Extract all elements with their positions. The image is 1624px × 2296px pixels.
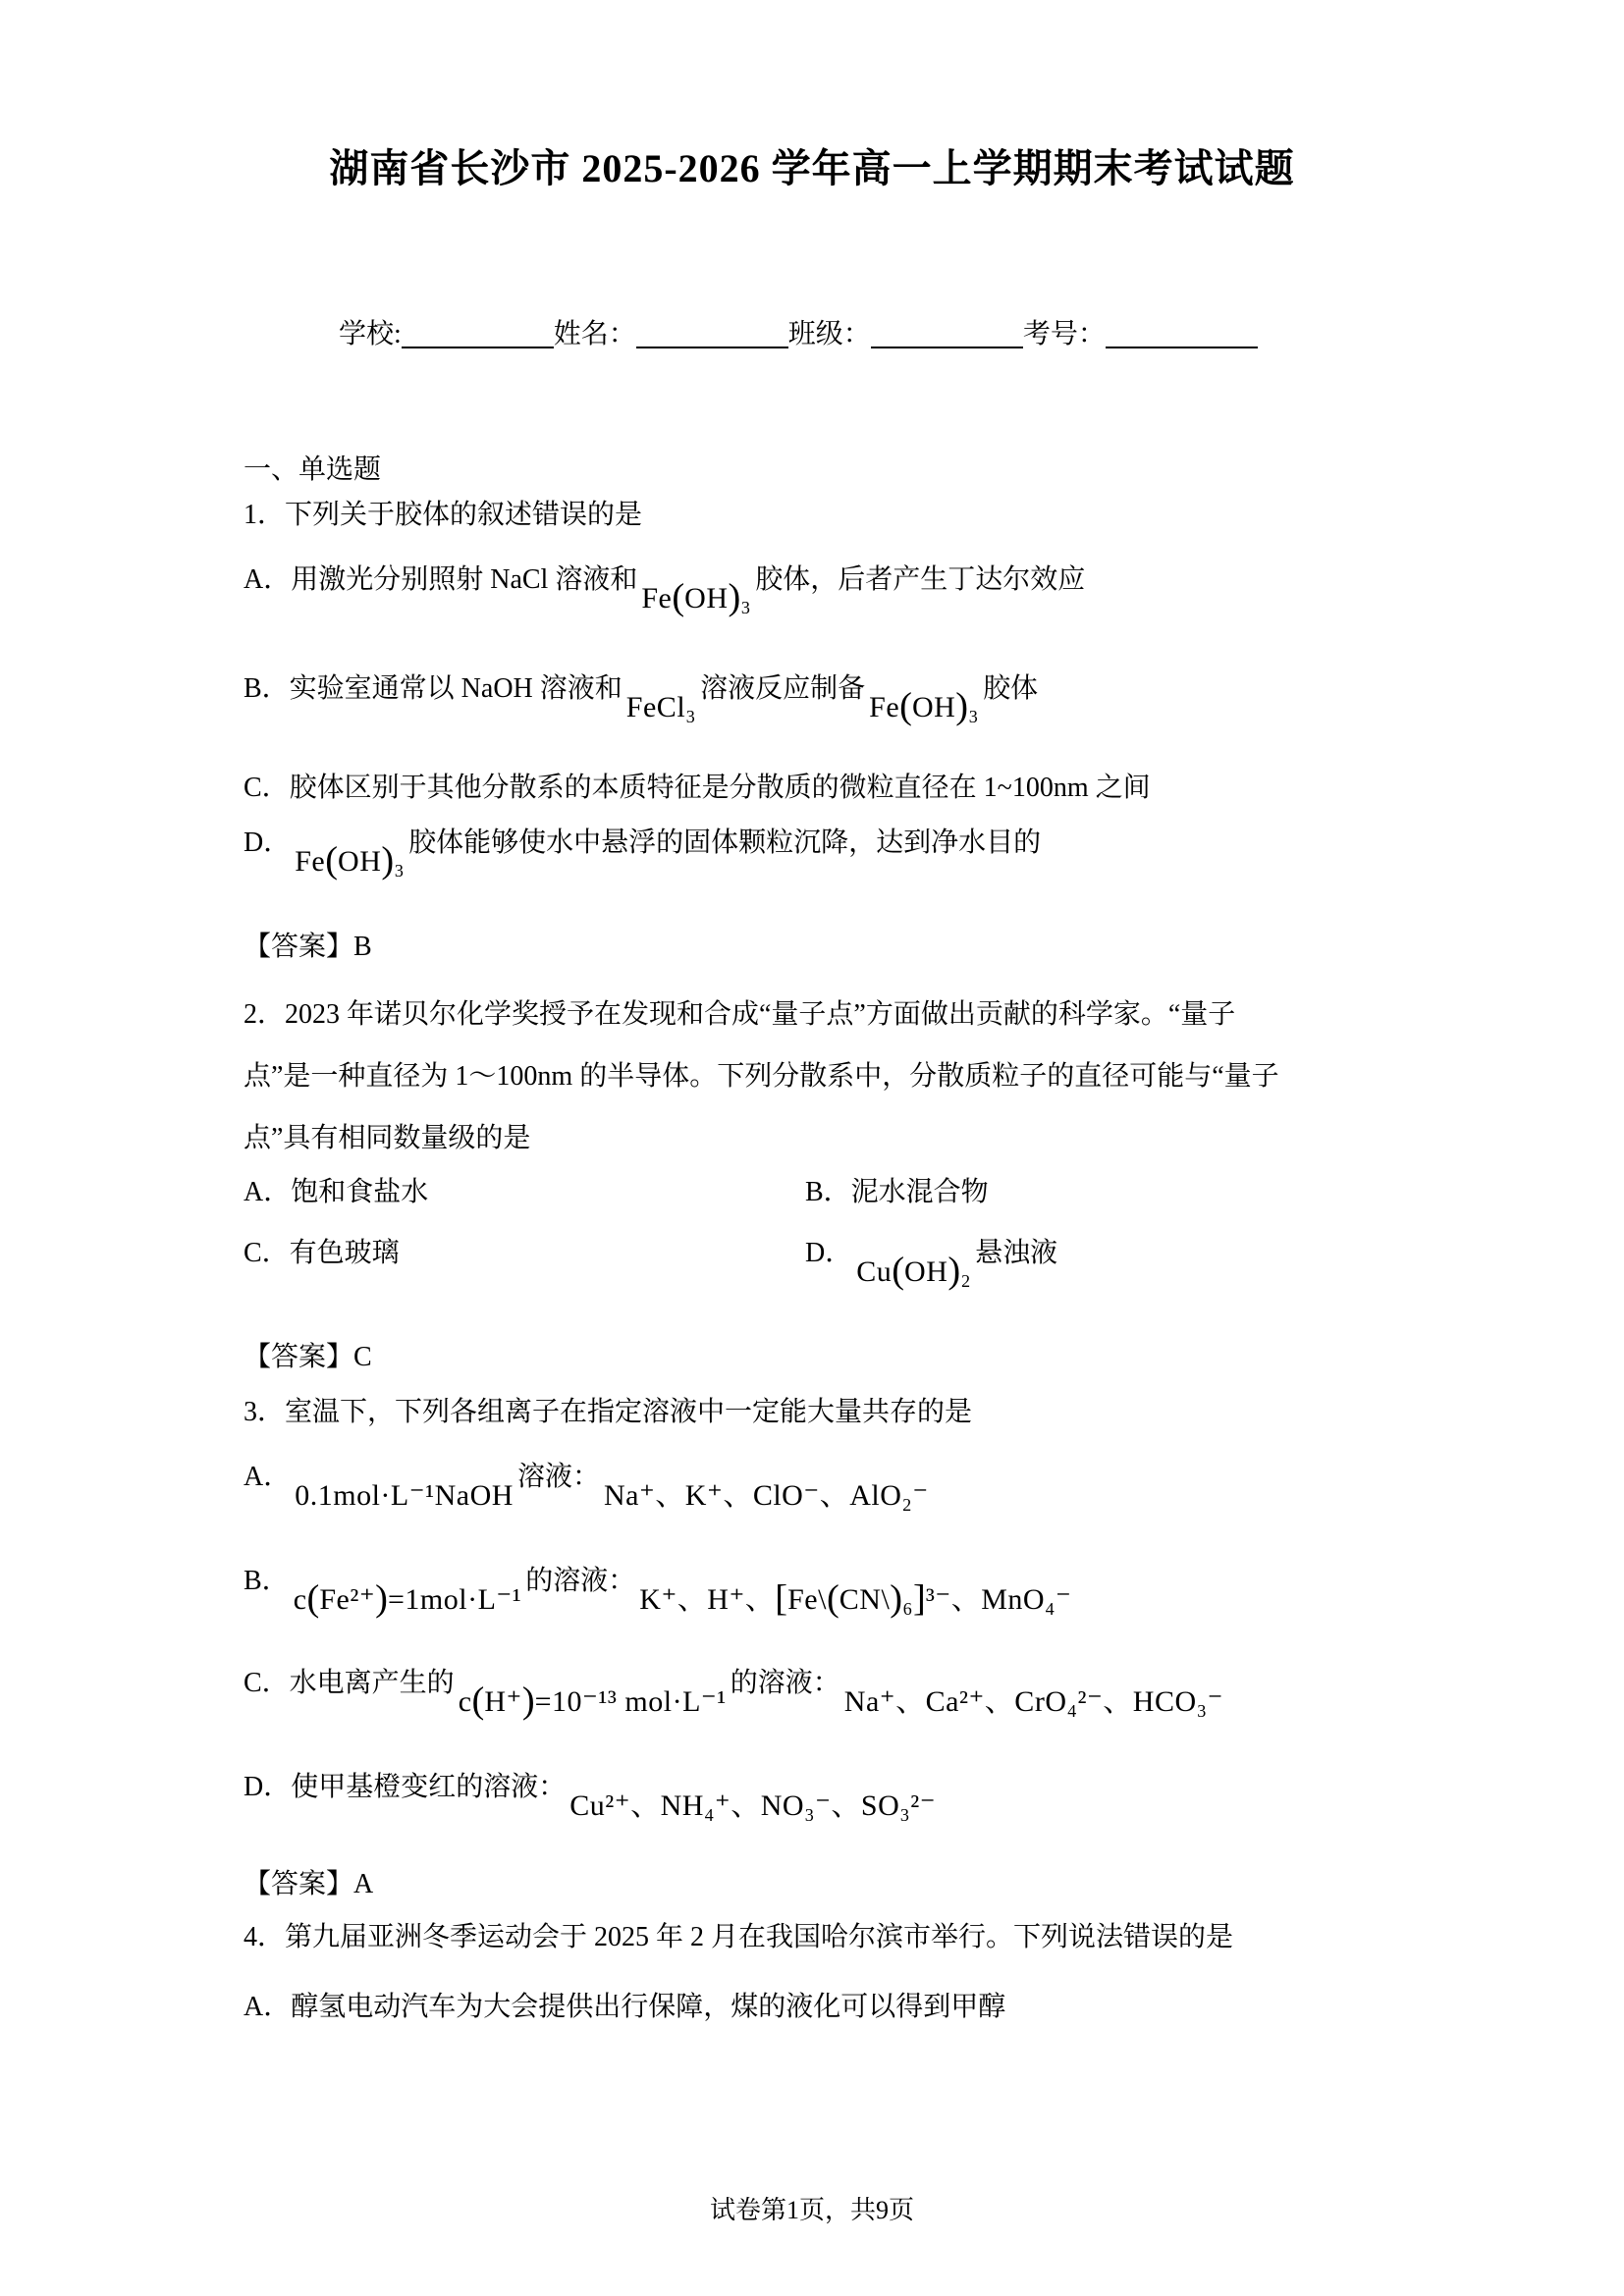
field-label: 学校: bbox=[339, 319, 402, 349]
formula-run: Fe(OH)₃ bbox=[291, 845, 408, 878]
question-3-option-c: C．水电离产生的c(H⁺)=10⁻¹³ mol·L⁻¹的溶液：Na⁺、Ca²⁺、… bbox=[244, 1663, 1227, 1730]
formula-bracket: ( bbox=[325, 839, 338, 881]
text-run: B．实验室通常以 NaOH 溶液和 bbox=[244, 673, 623, 704]
text-run: C．水电离产生的 bbox=[244, 1668, 455, 1698]
formula-bracket: ( bbox=[892, 1250, 904, 1291]
formula-bracket: ( bbox=[472, 1680, 485, 1721]
question-2-option-b: B．泥水混合物 bbox=[805, 1172, 1057, 1213]
question-4-option-a: A．醇氢电动汽车为大会提供出行保障，煤的液化可以得到甲醇 bbox=[244, 1987, 1005, 2028]
formula-run: 0.1mol·L⁻¹NaOH bbox=[291, 1479, 517, 1512]
question-2-answer: 【答案】C bbox=[244, 1337, 372, 1378]
question-1-option-c: C．胶体区别于其他分散系的本质特征是分散质的微粒直径在 1~100nm 之间 bbox=[244, 768, 1151, 809]
question-1-option-a: A．用激光分别照射 NaCl 溶液和Fe(OH)₃胶体，后者产生丁达尔效应 bbox=[244, 560, 1085, 626]
text-run: 胶体能够使水中悬浮的固体颗粒沉降，达到净水目的 bbox=[408, 828, 1041, 858]
formula-run: c(H⁺)=10⁻¹³ mol·L⁻¹ bbox=[455, 1685, 731, 1718]
formula-run: Cu²⁺、NH₄⁺、NO₃⁻、SO₃²⁻ bbox=[566, 1789, 940, 1822]
question-1-option-d: D．Fe(OH)₃胶体能够使水中悬浮的固体颗粒沉降，达到净水目的 bbox=[244, 823, 1041, 889]
text-run: A． bbox=[244, 1462, 291, 1492]
formula-run: c(Fe²⁺)=1mol·L⁻¹ bbox=[290, 1583, 526, 1616]
text-run: C．有色玻璃 bbox=[244, 1238, 400, 1268]
formula-run: K⁺、H⁺、[Fe\(CN\)₆]³⁻、MnO₄⁻ bbox=[635, 1583, 1075, 1616]
text-run: D． bbox=[805, 1238, 852, 1268]
student-info-fields: 学校:姓名：班级：考号： bbox=[339, 314, 1258, 355]
question-2-option-a: A．饱和食盐水 bbox=[244, 1172, 805, 1213]
field-blank bbox=[636, 317, 788, 348]
formula-bracket: ( bbox=[827, 1577, 839, 1619]
section-heading: 一、单选题 bbox=[244, 450, 381, 491]
question-3-option-a: A．0.1mol·L⁻¹NaOH溶液：Na⁺、K⁺、ClO⁻、AlO₂⁻ bbox=[244, 1457, 933, 1518]
question-1-answer: 【答案】B bbox=[244, 927, 372, 968]
question-4-stem: 4．第九届亚洲冬季运动会于 2025 年 2 月在我国哈尔滨市举行。下列说法错误… bbox=[244, 1917, 1233, 1958]
text-run: A．饱和食盐水 bbox=[244, 1177, 428, 1207]
question-2-options: A．饱和食盐水 B．泥水混合物 C．有色玻璃 D．Cu(OH)₂悬浊液 bbox=[244, 1172, 1057, 1300]
field-blank bbox=[402, 317, 554, 348]
formula-run: FeCl₃ bbox=[623, 691, 700, 723]
field-blank bbox=[1106, 317, 1258, 348]
formula-bracket: ( bbox=[899, 685, 912, 726]
text-run: A．用激光分别照射 NaCl 溶液和 bbox=[244, 564, 637, 595]
text-run: C．胶体区别于其他分散系的本质特征是分散质的微粒直径在 1~100nm 之间 bbox=[244, 773, 1151, 803]
question-1-option-b: B．实验室通常以 NaOH 溶液和FeCl₃溶液反应制备Fe(OH)₃胶体 bbox=[244, 668, 1038, 735]
formula-bracket: ) bbox=[728, 576, 740, 617]
question-1-stem: 1．下列关于胶体的叙述错误的是 bbox=[244, 495, 642, 536]
formula-bracket: ] bbox=[913, 1577, 926, 1619]
field-label: 姓名： bbox=[554, 319, 636, 349]
formula-run: Fe(OH)₃ bbox=[637, 582, 755, 614]
text-run: 溶液反应制备 bbox=[700, 673, 865, 704]
page-footer: 试卷第1页，共9页 bbox=[0, 2191, 1624, 2229]
text-run: B．泥水混合物 bbox=[805, 1177, 989, 1207]
formula-run: Na⁺、Ca²⁺、CrO₄²⁻、HCO₃⁻ bbox=[840, 1685, 1227, 1718]
formula-bracket: ( bbox=[307, 1577, 320, 1619]
question-3-option-b: B．c(Fe²⁺)=1mol·L⁻¹的溶液：K⁺、H⁺、[Fe\(CN\)₆]³… bbox=[244, 1561, 1075, 1628]
formula-run: Cu(OH)₂ bbox=[852, 1255, 975, 1288]
formula-bracket: [ bbox=[775, 1577, 787, 1619]
text-run: D．使甲基橙变红的溶液： bbox=[244, 1772, 566, 1802]
field-blank bbox=[871, 317, 1023, 348]
exam-document-page: 湖南省长沙市 2025-2026 学年高一上学期期末考试试题 学校:姓名：班级：… bbox=[0, 0, 1624, 2296]
formula-bracket: ( bbox=[672, 576, 684, 617]
formula-bracket: ) bbox=[955, 685, 968, 726]
question-2-option-c: C．有色玻璃 bbox=[244, 1233, 805, 1300]
text-run: A．醇氢电动汽车为大会提供出行保障，煤的液化可以得到甲醇 bbox=[244, 1992, 1005, 2022]
formula-bracket: ) bbox=[375, 1577, 388, 1619]
text-run: 胶体，后者产生丁达尔效应 bbox=[755, 564, 1085, 595]
text-run: 的溶液： bbox=[525, 1566, 635, 1596]
text-run: D． bbox=[244, 828, 291, 858]
exam-title: 湖南省长沙市 2025-2026 学年高一上学期期末考试试题 bbox=[0, 139, 1624, 198]
text-run: B． bbox=[244, 1566, 290, 1596]
formula-bracket: ) bbox=[947, 1250, 960, 1291]
formula-run: Fe(OH)₃ bbox=[865, 691, 983, 723]
question-3-stem: 3．室温下，下列各组离子在指定溶液中一定能大量共存的是 bbox=[244, 1392, 972, 1433]
formula-bracket: ) bbox=[522, 1680, 535, 1721]
text-run: 溶液： bbox=[517, 1462, 600, 1492]
text-run: 的溶液： bbox=[731, 1668, 840, 1698]
text-run: 悬浊液 bbox=[975, 1238, 1057, 1268]
formula-run: Na⁺、K⁺、ClO⁻、AlO₂⁻ bbox=[600, 1479, 933, 1512]
question-3-option-d: D．使甲基橙变红的溶液：Cu²⁺、NH₄⁺、NO₃⁻、SO₃²⁻ bbox=[244, 1767, 940, 1828]
question-2-option-d: D．Cu(OH)₂悬浊液 bbox=[805, 1233, 1057, 1300]
question-2-stem: 2．2023 年诺贝尔化学奖授予在发现和合成“量子点”方面做出贡献的科学家。“量… bbox=[244, 984, 1279, 1169]
question-3-answer: 【答案】A bbox=[244, 1864, 373, 1905]
formula-bracket: ) bbox=[890, 1577, 902, 1619]
formula-bracket: ) bbox=[381, 839, 394, 881]
field-label: 班级： bbox=[788, 319, 871, 349]
text-run: 胶体 bbox=[983, 673, 1038, 704]
field-label: 考号： bbox=[1023, 319, 1106, 349]
